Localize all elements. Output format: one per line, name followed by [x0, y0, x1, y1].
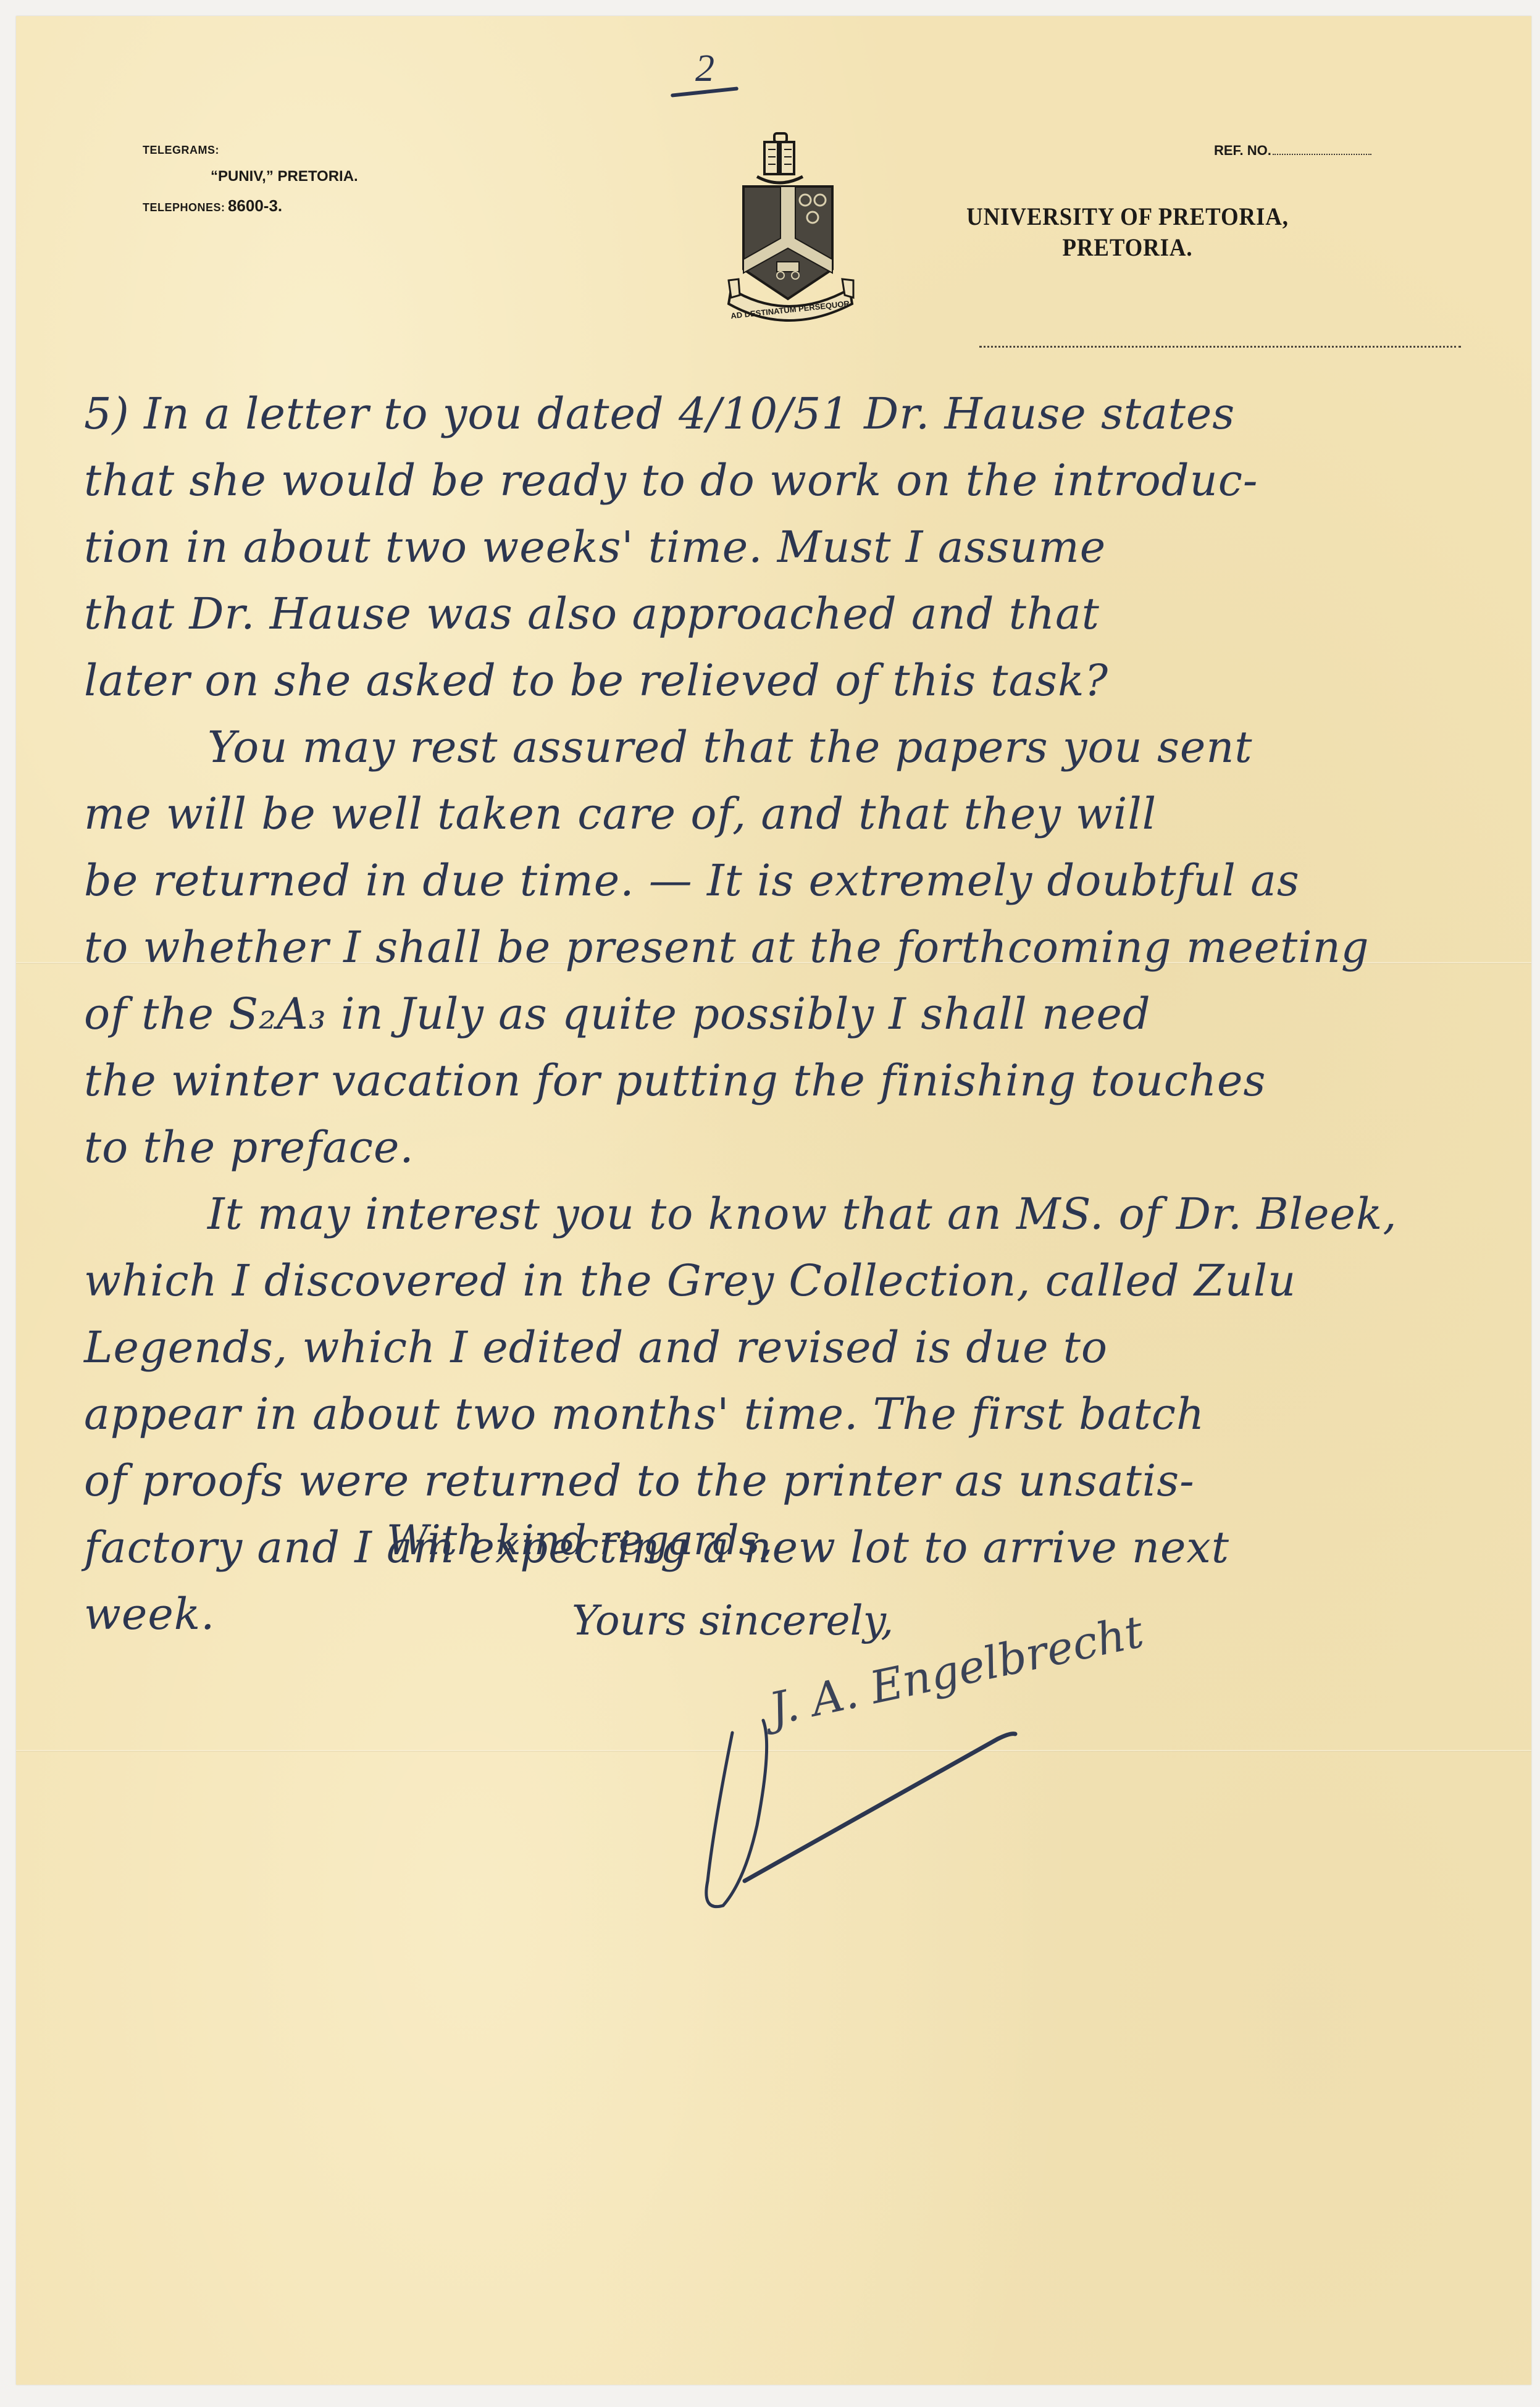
handwritten-line: of the S₂A₃ in July as quite possibly I … — [84, 981, 1523, 1047]
telegrams-value: “PUNIV,” PRETORIA. — [211, 169, 358, 184]
handwritten-line: me will be well taken care of, and that … — [84, 781, 1523, 847]
paragraph-2: You may rest assured that the papers you… — [84, 714, 1523, 1181]
ref-no-blank — [1273, 154, 1371, 155]
letter-body: 5) In a letter to you dated 4/10/51 Dr. … — [84, 380, 1523, 1647]
institution-name: UNIVERSITY OF PRETORIA, PRETORIA. — [815, 201, 1440, 263]
handwritten-line: which I discovered in the Grey Collectio… — [84, 1247, 1523, 1314]
paragraph-3: It may interest you to know that an MS. … — [84, 1181, 1523, 1647]
handwritten-line: It may interest you to know that an MS. … — [84, 1181, 1523, 1247]
handwritten-line: tion in about two weeks' time. Must I as… — [84, 514, 1523, 580]
page-number: 2 — [695, 47, 714, 91]
institution-line-2: PRETORIA. — [815, 232, 1440, 263]
handwritten-line: to the preface. — [84, 1114, 1523, 1181]
handwritten-line: be returned in due time. — It is extreme… — [84, 847, 1523, 914]
telegrams-label: Telegrams: — [143, 144, 219, 156]
telephones-value: 8600-3. — [228, 196, 282, 215]
handwritten-line: that Dr. Hause was also approached and t… — [84, 580, 1523, 647]
institution-line-1: UNIVERSITY OF PRETORIA, — [815, 201, 1440, 232]
handwritten-line: later on she asked to be relieved of thi… — [84, 647, 1523, 714]
handwritten-line: 5) In a letter to you dated 4/10/51 Dr. … — [84, 380, 1523, 447]
ref-no-field: REF. NO. — [1214, 143, 1371, 159]
handwritten-line: that she would be ready to do work on th… — [84, 447, 1523, 514]
handwritten-line: You may rest assured that the papers you… — [84, 714, 1523, 781]
telephones-label: Telephones: — [143, 201, 225, 214]
handwritten-line: to whether I shall be present at the for… — [84, 914, 1523, 981]
handwritten-line: appear in about two months' time. The fi… — [84, 1381, 1523, 1447]
header-dotted-rule — [979, 346, 1461, 348]
paragraph-1: 5) In a letter to you dated 4/10/51 Dr. … — [84, 380, 1523, 714]
handwritten-line: Legends, which I edited and revised is d… — [84, 1314, 1523, 1381]
handwritten-line: the winter vacation for putting the fini… — [84, 1047, 1523, 1114]
telephones-line: Telephones: 8600-3. — [143, 198, 282, 214]
ref-no-label: REF. NO. — [1214, 143, 1271, 158]
handwritten-line: of proofs were returned to the printer a… — [84, 1447, 1523, 1514]
closing-line: With kind regards, — [387, 1517, 773, 1564]
handwritten-line: factory and I am expecting a new lot to … — [84, 1514, 1523, 1581]
letter-page: 2 Telegrams: “PUNIV,” PRETORIA. Telephon… — [16, 16, 1531, 2385]
